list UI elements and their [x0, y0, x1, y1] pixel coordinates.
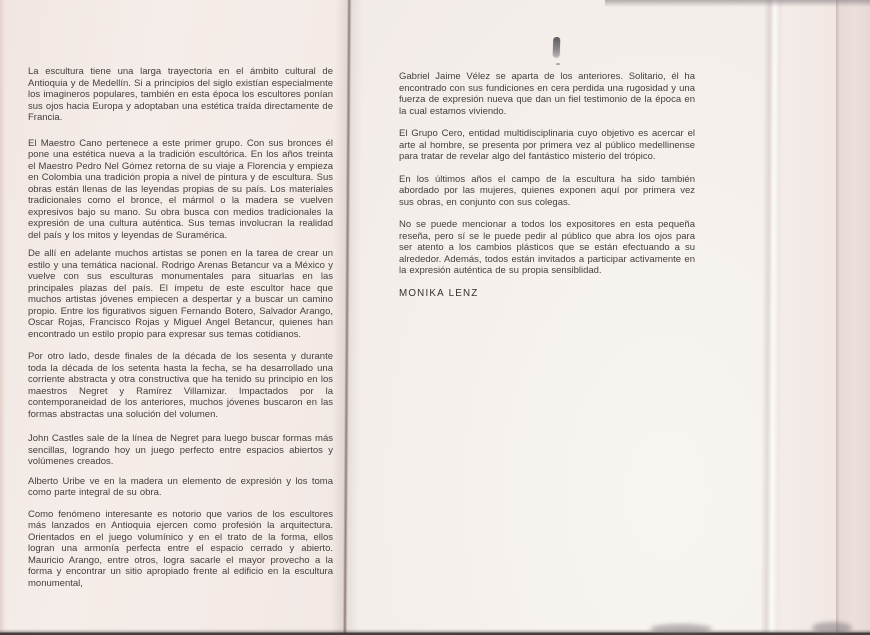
paragraph: No se puede mencionar a todos los exposi…	[399, 219, 695, 277]
scan-smudge	[650, 624, 712, 634]
paragraph: Alberto Uribe ve en la madera un element…	[28, 476, 333, 499]
paragraph: El Grupo Cero, entidad multidisciplinari…	[399, 128, 695, 163]
paragraph: Como fenómeno interesante es notorio que…	[28, 509, 333, 590]
bottom-edge-shadow	[0, 629, 870, 635]
paragraph: El Maestro Cano pertenece a este primer …	[28, 138, 333, 242]
paragraph: En los últimos años el campo de la escul…	[399, 174, 695, 209]
paragraph: De allí en adelante muchos artistas se p…	[28, 248, 333, 340]
paragraph: John Castles sale de la línea de Negret …	[28, 433, 333, 468]
paragraph: Gabriel Jaime Vélez se aparta de los ant…	[399, 71, 695, 117]
left-page-edge	[0, 0, 6, 635]
back-cover-flap	[778, 0, 836, 635]
scan-smudge	[812, 622, 852, 634]
right-page-text: Gabriel Jaime Vélez se aparta de los ant…	[399, 71, 695, 299]
paragraph: La escultura tiene una larga trayectoria…	[28, 66, 333, 124]
author-signature: MONIKA LENZ	[399, 288, 695, 300]
center-fold-crease	[331, 0, 364, 635]
top-edge-shadow	[605, 0, 870, 7]
right-page-crease	[760, 0, 783, 635]
cover-edge-strip	[836, 0, 870, 635]
left-page-text: La escultura tiene una larga trayectoria…	[28, 66, 333, 589]
staple-dot-mark	[556, 63, 560, 65]
staple-mark-icon	[553, 37, 561, 57]
scanned-booklet-spread: La escultura tiene una larga trayectoria…	[0, 0, 870, 635]
paragraph: Por otro lado, desde finales de la décad…	[28, 351, 333, 420]
